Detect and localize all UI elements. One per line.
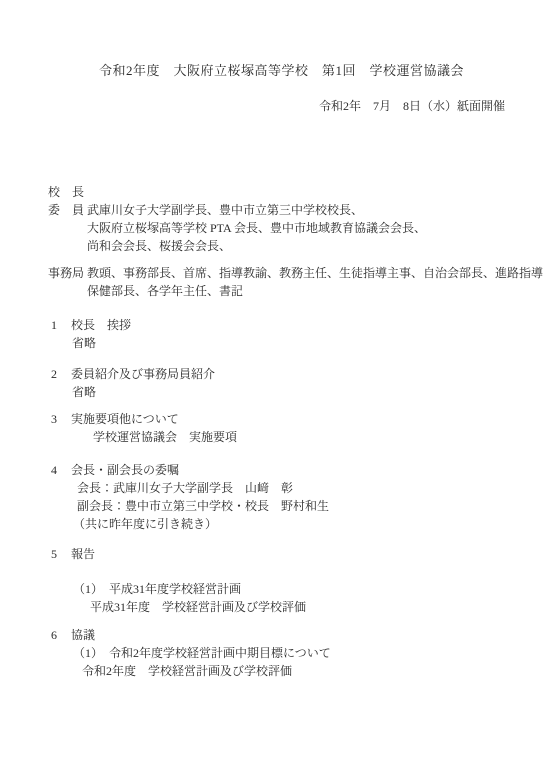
agenda-item-4: 4 会長・副会長の委嘱 会長：武庫川女子大学副学長 山﨑 彰 副会長：豊中市立第… bbox=[51, 461, 521, 533]
agenda-item-3: 3 実施要項他について 学校運営協議会 実施要項 bbox=[51, 410, 521, 446]
agenda-item-1: 1 校長 挨拶 省略 bbox=[51, 316, 521, 352]
agenda-item-title: 実施要項他について bbox=[71, 410, 521, 428]
attendee-line: 武庫川女子大学副学長、豊中市立第三中学校校長、 bbox=[87, 201, 518, 219]
agenda-sub-line: （1） 令和2年度学校経営計画中期目標について bbox=[51, 644, 521, 662]
agenda-item-2: 2 委員紹介及び事務局員紹介 省略 bbox=[51, 365, 521, 401]
agenda-item-number: 1 bbox=[51, 316, 71, 334]
agenda-item-title: 報告 bbox=[71, 545, 521, 563]
agenda-item-title: 会長・副会長の委嘱 bbox=[71, 461, 521, 479]
attendee-row-principal: 校 長 bbox=[48, 183, 518, 201]
document-page: 令和2年度 大阪府立桜塚高等学校 第1回 学校運営協議会 令和2年 7月 8日（… bbox=[0, 0, 543, 768]
agenda-item-head: 5 報告 bbox=[51, 545, 521, 563]
agenda-item-5: 5 報告 （1） 平成31年度学校経営計画 平成31年度 学校経営計画及び学校評… bbox=[51, 545, 521, 616]
attendee-line: 尚和会会長、桜援会会長、 bbox=[87, 237, 518, 255]
agenda-item-head: 1 校長 挨拶 bbox=[51, 316, 521, 334]
agenda-item-head: 6 協議 bbox=[51, 626, 521, 644]
page-title: 令和2年度 大阪府立桜塚高等学校 第1回 学校運営協議会 bbox=[10, 62, 543, 80]
agenda-item-head: 3 実施要項他について bbox=[51, 410, 521, 428]
agenda-item-6: 6 協議 （1） 令和2年度学校経営計画中期目標について 令和2年度 学校経営計… bbox=[51, 626, 521, 680]
agenda-item-head: 2 委員紹介及び事務局員紹介 bbox=[51, 365, 521, 383]
attendee-lines: 教頭、事務部長、首席、指導教諭、教務主任、生徒指導主事、自治会部長、進路指導主事… bbox=[87, 264, 543, 300]
agenda-sub-line: 平成31年度 学校経営計画及び学校評価 bbox=[51, 598, 521, 616]
agenda-item-number: 3 bbox=[51, 410, 71, 428]
attendee-row-members: 委 員 武庫川女子大学副学長、豊中市立第三中学校校長、 大阪府立桜塚高等学校 P… bbox=[48, 201, 518, 255]
attendee-row-secretariat: 事務局 教頭、事務部長、首席、指導教諭、教務主任、生徒指導主事、自治会部長、進路… bbox=[48, 264, 518, 300]
date-line: 令和2年 7月 8日（水）紙面開催 bbox=[319, 97, 505, 115]
agenda-sub-line: （共に昨年度に引き続き） bbox=[51, 515, 521, 533]
agenda-sub-line: 省略 bbox=[51, 334, 521, 352]
agenda-item-number: 4 bbox=[51, 461, 71, 479]
agenda-sub-line: 会長：武庫川女子大学副学長 山﨑 彰 bbox=[51, 479, 521, 497]
agenda-sub-line: （1） 平成31年度学校経営計画 bbox=[51, 580, 521, 598]
agenda-item-title: 校長 挨拶 bbox=[71, 316, 521, 334]
agenda-sub-line: 令和2年度 学校経営計画及び学校評価 bbox=[51, 662, 521, 680]
agenda-item-number: 2 bbox=[51, 365, 71, 383]
agenda-item-number: 6 bbox=[51, 626, 71, 644]
attendee-role-label: 委 員 bbox=[48, 201, 87, 219]
attendee-line: 大阪府立桜塚高等学校 PTA 会長、豊中市地域教育協議会会長、 bbox=[87, 219, 518, 237]
agenda-item-title: 委員紹介及び事務局員紹介 bbox=[71, 365, 521, 383]
agenda-item-number: 5 bbox=[51, 545, 71, 563]
attendee-lines: 武庫川女子大学副学長、豊中市立第三中学校校長、 大阪府立桜塚高等学校 PTA 会… bbox=[87, 201, 518, 255]
agenda-sub-line: 学校運営協議会 実施要項 bbox=[51, 428, 521, 446]
attendees-block: 校 長 委 員 武庫川女子大学副学長、豊中市立第三中学校校長、 大阪府立桜塚高等… bbox=[48, 183, 518, 300]
attendee-role-label: 事務局 bbox=[48, 264, 87, 282]
agenda-item-title: 協議 bbox=[71, 626, 521, 644]
agenda-item-head: 4 会長・副会長の委嘱 bbox=[51, 461, 521, 479]
attendee-role-label: 校 長 bbox=[48, 183, 87, 201]
attendee-line: 保健部長、各学年主任、書記 bbox=[87, 282, 543, 300]
agenda-sub-line: 副会長：豊中市立第三中学校・校長 野村和生 bbox=[51, 497, 521, 515]
attendee-line: 教頭、事務部長、首席、指導教諭、教務主任、生徒指導主事、自治会部長、進路指導主事… bbox=[87, 264, 543, 282]
agenda-sub-line: 省略 bbox=[51, 383, 521, 401]
